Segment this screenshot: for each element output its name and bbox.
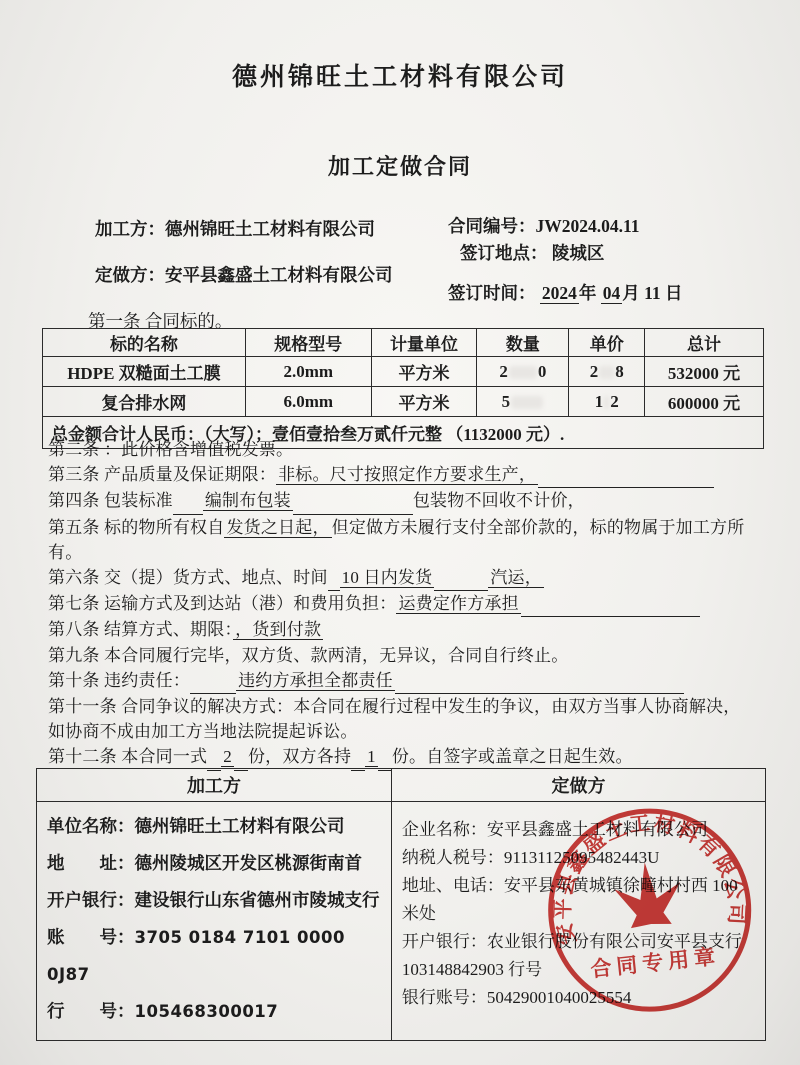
value-digit: 2: [610, 392, 619, 411]
customer-line: 定做方：安平县鑫盛土工材料有限公司: [95, 262, 393, 287]
filled-in-text: 违约方承担全都责任: [236, 671, 395, 691]
party-info-line: 地 址：德州陵城区开发区桃源街南首: [47, 845, 383, 882]
goods-unit: 平方米: [371, 357, 477, 387]
company-seal-stamp: 安平县鑫盛土工材料有限公司 合同专用章: [525, 787, 778, 1040]
sign-place-label: 签订地点：: [460, 243, 548, 263]
goods-spec: 2.0mm: [245, 357, 371, 387]
party-field-value: 103148842903 行号: [402, 960, 542, 979]
party-info-line: 开户银行：建设银行山东省德州市陵城支行: [47, 882, 383, 919]
goods-name: HDPE 双糙面土工膜: [43, 357, 246, 387]
processor-info-cell: 单位名称：德州锦旺土工材料有限公司地 址：德州陵城区开发区桃源街南首开户银行：建…: [37, 802, 392, 1041]
customer-name: 安平县鑫盛土工材料有限公司: [165, 265, 393, 285]
clause-text: 第二条 ：此价格含增值税发票。: [48, 440, 293, 459]
filled-in-text: [521, 599, 700, 618]
value-digit: 1: [595, 392, 604, 411]
party-field-label: 开户银行：: [47, 890, 135, 910]
goods-col-header: 标的名称: [43, 329, 246, 357]
processor-label: 加工方：: [95, 219, 165, 239]
party-field-value: 105468300017: [135, 1002, 279, 1021]
clause: 第五条 标的物所有权自发货之日起，但定做方未履行支付全部价款的，标的物属于加工方…: [48, 515, 750, 565]
filled-in-text: 10 日内发货: [340, 568, 435, 588]
party-field-value: 建设银行山东省德州市陵城支行: [135, 890, 380, 910]
clause: 第六条 交（提）货方式、地点、时间10 日内发货汽运，: [48, 565, 750, 591]
sign-day: 11: [644, 283, 661, 303]
goods-col-header: 数量: [477, 329, 569, 357]
clause-text: 份。自签字或盖章之日起生效。: [392, 747, 633, 766]
value-digit: 2: [590, 362, 599, 381]
goods-header-row: 标的名称规格型号计量单位数量单价总计: [43, 329, 764, 357]
filled-in-text: 运费定作方承担: [396, 594, 520, 614]
party-field-label: 行 号：: [47, 1001, 135, 1021]
goods-row: HDPE 双糙面土工膜2.0mm平方米2028532000 元: [43, 357, 764, 387]
redacted-smudge: [599, 366, 614, 379]
goods-price: 12: [569, 387, 644, 417]
filled-in-text: [173, 496, 203, 515]
party-field-label: 银行账号：: [402, 988, 487, 1007]
filled-in-text: [395, 675, 684, 694]
party-field-value: 德州锦旺土工材料有限公司: [135, 816, 345, 836]
clause-text: 包装物不回收不计价，: [413, 491, 585, 510]
month-suffix: 月: [622, 283, 640, 303]
clause-text: 第十条 违约责任：: [48, 671, 190, 690]
contract-no-value: JW2024.04.11: [536, 216, 640, 236]
goods-col-header: 规格型号: [245, 329, 371, 357]
redacted-smudge: [604, 396, 609, 409]
seal-star-icon: [612, 859, 685, 930]
clause-text: 第五条 标的物所有权自: [48, 518, 224, 537]
day-suffix: 日: [665, 283, 683, 303]
sign-time-label: 签订时间：: [448, 283, 536, 303]
filled-in-text: 编制布包装: [203, 491, 293, 511]
clause-text: 第十一条 合同争议的解决方式：本合同在履行过程中发生的争议，由双方当事人协商解决…: [48, 697, 740, 741]
contract-document-page: 德州锦旺土工材料有限公司 加工定做合同 加工方：德州锦旺土工材料有限公司 合同编…: [0, 0, 800, 1065]
sign-time-line: 签订时间： 2024年 04月 11 日: [448, 280, 683, 305]
company-title: 德州锦旺土工材料有限公司: [0, 57, 800, 93]
filled-in-text: 非标。尺寸按照定作方要求生产，: [276, 465, 538, 485]
filled-in-text: 汽运，: [488, 568, 544, 588]
filled-in-text: ，货到付款: [233, 620, 323, 640]
contract-no-line: 合同编号：JW2024.04.11: [448, 213, 640, 238]
redacted-smudge: [509, 366, 537, 379]
clause: 第七条 运输方式及到达站（港）和费用负担：运费定作方承担: [48, 591, 750, 617]
goods-qty: 5: [477, 387, 569, 417]
clause: 第十条 违约责任：违约方承担全都责任: [48, 668, 750, 694]
goods-name: 复合排水网: [43, 387, 246, 417]
filled-in-text: [328, 572, 340, 591]
clause-text: 第八条 结算方式、期限：: [48, 620, 233, 639]
value-digit: 8: [615, 362, 624, 381]
party-field-label: 单位名称：: [47, 816, 135, 836]
contract-no-label: 合同编号：: [448, 216, 536, 236]
goods-row: 复合排水网6.0mm平方米512600000 元: [43, 387, 764, 417]
party-field-label: 地址、电话：: [402, 876, 504, 895]
filled-in-text: 发货之日起，: [224, 518, 331, 538]
filled-in-text: 1: [365, 747, 378, 767]
processor-line: 加工方：德州锦旺土工材料有限公司: [95, 216, 375, 241]
clause: 第九条 本合同履行完毕，双方货、款两清，无异议，合同自行终止。: [48, 643, 750, 668]
clause-text: 第七条 运输方式及到达站（港）和费用负担：: [48, 594, 396, 613]
value-digit: 2: [499, 362, 508, 381]
party-field-label: 开户银行：: [402, 932, 487, 951]
party-field-label: 账 号：: [47, 927, 135, 947]
value-digit: 0: [538, 362, 547, 381]
clause: 第十一条 合同争议的解决方式：本合同在履行过程中发生的争议，由双方当事人协商解决…: [48, 694, 750, 744]
goods-total: 532000 元: [644, 357, 763, 387]
customer-label: 定做方：: [95, 265, 165, 285]
party-info-line: 行 号：105468300017: [47, 993, 383, 1030]
sign-year: 2024: [540, 283, 579, 304]
value-digit: 5: [502, 392, 511, 411]
goods-spec: 6.0mm: [245, 387, 371, 417]
clause: 第八条 结算方式、期限：，货到付款: [48, 617, 750, 642]
clause: 第四条 包装标准编制布包装包装物不回收不计价，: [48, 488, 750, 514]
goods-col-header: 总计: [644, 329, 763, 357]
clause-text: 第六条 交（提）货方式、地点、时间: [48, 568, 328, 587]
party-info-line: 账 号：3705 0184 7101 0000 0J87: [47, 919, 383, 993]
party-field-value: 德州陵城区开发区桃源街南首: [135, 853, 363, 873]
goods-col-header: 单价: [569, 329, 644, 357]
goods-col-header: 计量单位: [371, 329, 477, 357]
filled-in-text: 2: [221, 747, 234, 767]
clause-text: 第十二条 本合同一式: [48, 747, 207, 766]
goods-table: 标的名称规格型号计量单位数量单价总计 HDPE 双糙面土工膜2.0mm平方米20…: [42, 328, 764, 449]
goods-price: 28: [569, 357, 644, 387]
goods-unit: 平方米: [371, 387, 477, 417]
clause: 第十二条 本合同一式2份，双方各持1份。自签字或盖章之日起生效。: [48, 744, 750, 770]
clause-text: 份，双方各持: [248, 747, 351, 766]
sign-place-line: 签订地点： 陵城区: [460, 240, 604, 265]
processor-name: 德州锦旺土工材料有限公司: [165, 219, 375, 239]
party-info-line: 单位名称：德州锦旺土工材料有限公司: [47, 808, 383, 845]
sign-month: 04: [601, 283, 623, 304]
clause-text: 第九条 本合同履行完毕，双方货、款两清，无异议，合同自行终止。: [48, 646, 568, 665]
filled-in-text: [434, 572, 488, 591]
sign-place-value: 陵城区: [552, 243, 605, 263]
filled-in-text: [538, 470, 714, 489]
contract-title: 加工定做合同: [0, 150, 800, 181]
filled-in-text: [293, 496, 413, 515]
redacted-smudge: [511, 396, 543, 409]
clauses: 第二条 ：此价格含增值税发票。第三条 产品质量及保证期限：非标。尺寸按照定作方要…: [48, 437, 750, 771]
clause-text: 第四条 包装标准: [48, 491, 173, 510]
goods-total: 600000 元: [644, 387, 763, 417]
year-suffix: 年: [579, 283, 597, 303]
party-field-label: 企业名称：: [402, 820, 487, 839]
clause: 第三条 产品质量及保证期限：非标。尺寸按照定作方要求生产，: [48, 462, 750, 488]
goods-body: HDPE 双糙面土工膜2.0mm平方米2028532000 元复合排水网6.0m…: [43, 357, 764, 449]
seal-bottom-text: 合同专用章: [589, 944, 721, 981]
filled-in-text: [190, 675, 236, 694]
party-field-label: 纳税人税号：: [402, 848, 504, 867]
processor-header: 加工方: [37, 769, 392, 802]
goods-qty: 20: [477, 357, 569, 387]
party-field-label: 地 址：: [47, 853, 135, 873]
clause: 第二条 ：此价格含增值税发票。: [48, 437, 750, 462]
clause-text: 第三条 产品质量及保证期限：: [48, 465, 276, 484]
